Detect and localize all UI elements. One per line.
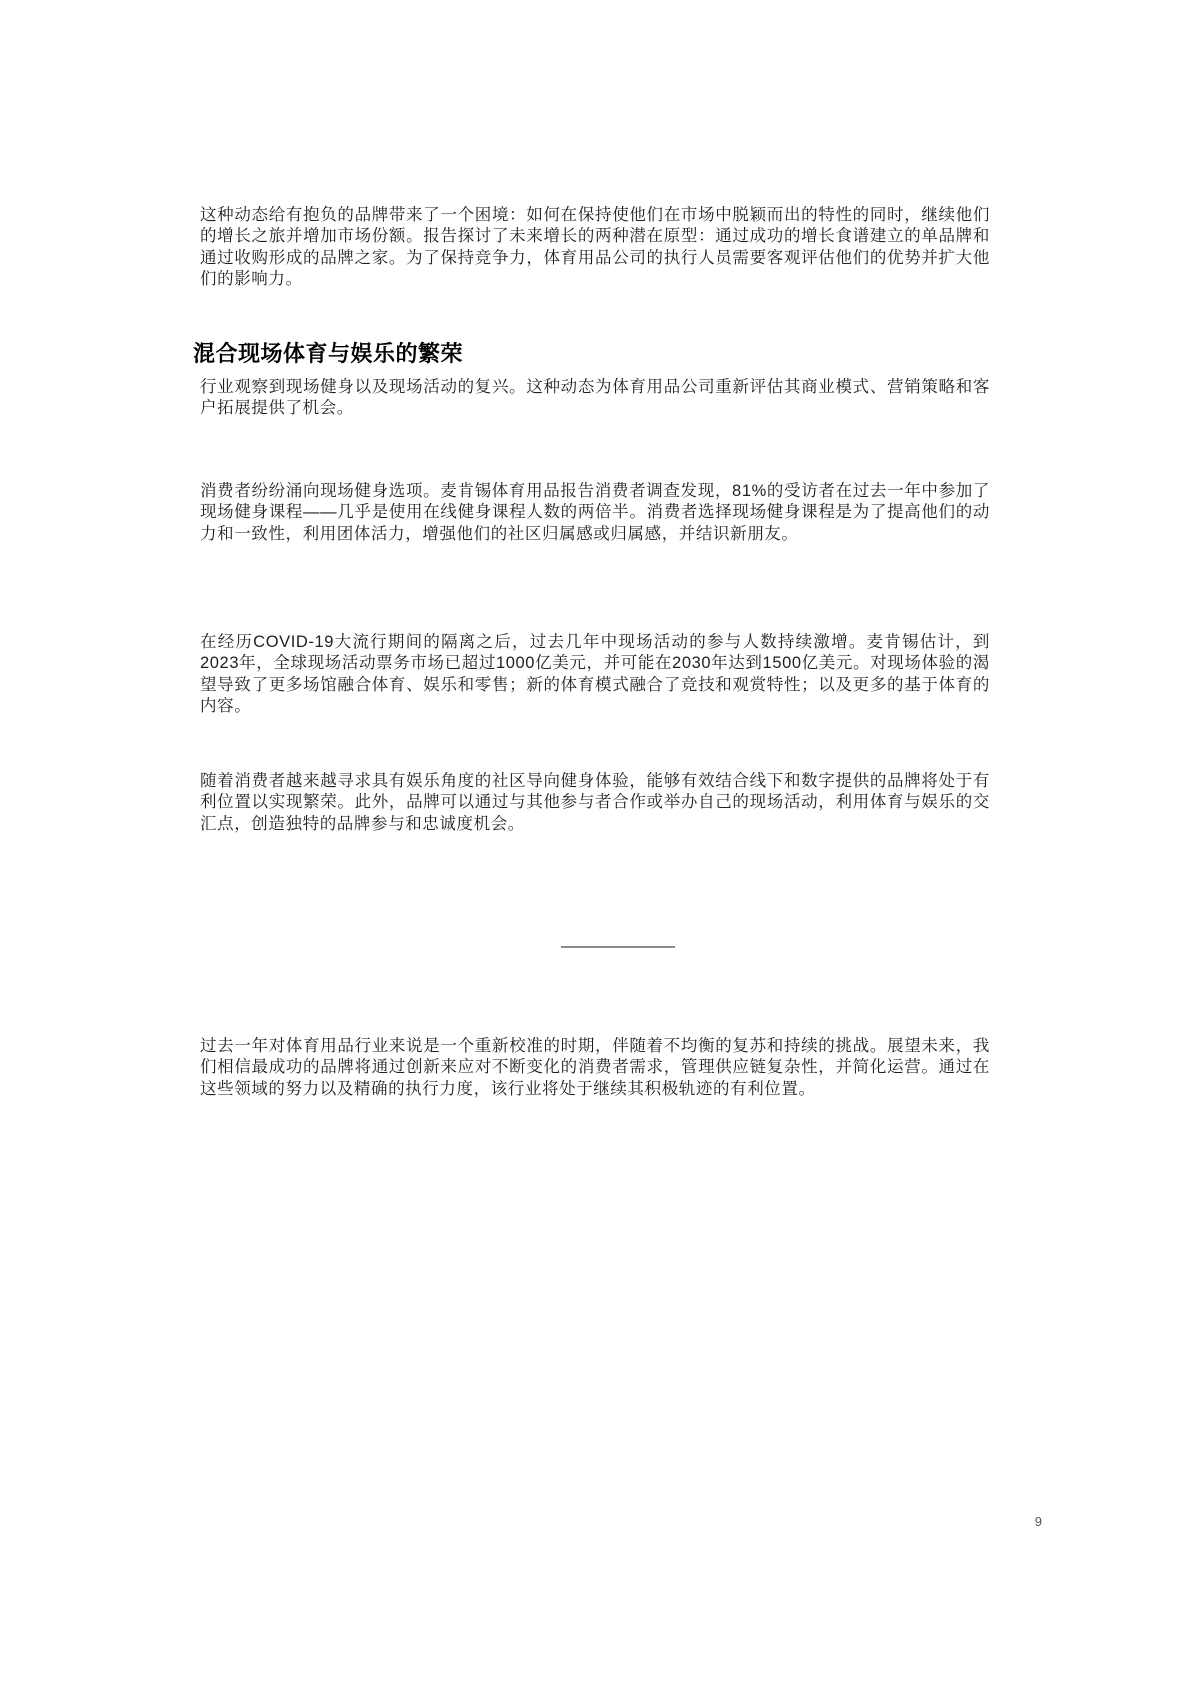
section-heading: 混合现场体育与娱乐的繁荣 <box>193 340 993 368</box>
page-number: 9 <box>1022 1514 1042 1530</box>
document-page: 这种动态给有抱负的品牌带来了一个困境：如何在保持使他们在市场中脱颖而出的特性的同… <box>0 0 1190 1683</box>
section-paragraph: 在经历COVID-19大流行期间的隔离之后，过去几年中现场活动的参与人数持续激增… <box>200 632 990 717</box>
section-paragraph: 随着消费者越来越寻求具有娱乐角度的社区导向健身体验，能够有效结合线下和数字提供的… <box>200 771 990 835</box>
lead-paragraph: 这种动态给有抱负的品牌带来了一个困境：如何在保持使他们在市场中脱颖而出的特性的同… <box>200 205 990 290</box>
section-paragraph: 消费者纷纷涌向现场健身选项。麦肯锡体育用品报告消费者调查发现，81%的受访者在过… <box>200 481 990 545</box>
section-divider <box>561 946 675 948</box>
section-paragraph: 行业观察到现场健身以及现场活动的复兴。这种动态为体育用品公司重新评估其商业模式、… <box>200 377 990 420</box>
conclusion-paragraph: 过去一年对体育用品行业来说是一个重新校准的时期，伴随着不均衡的复苏和持续的挑战。… <box>200 1036 990 1100</box>
